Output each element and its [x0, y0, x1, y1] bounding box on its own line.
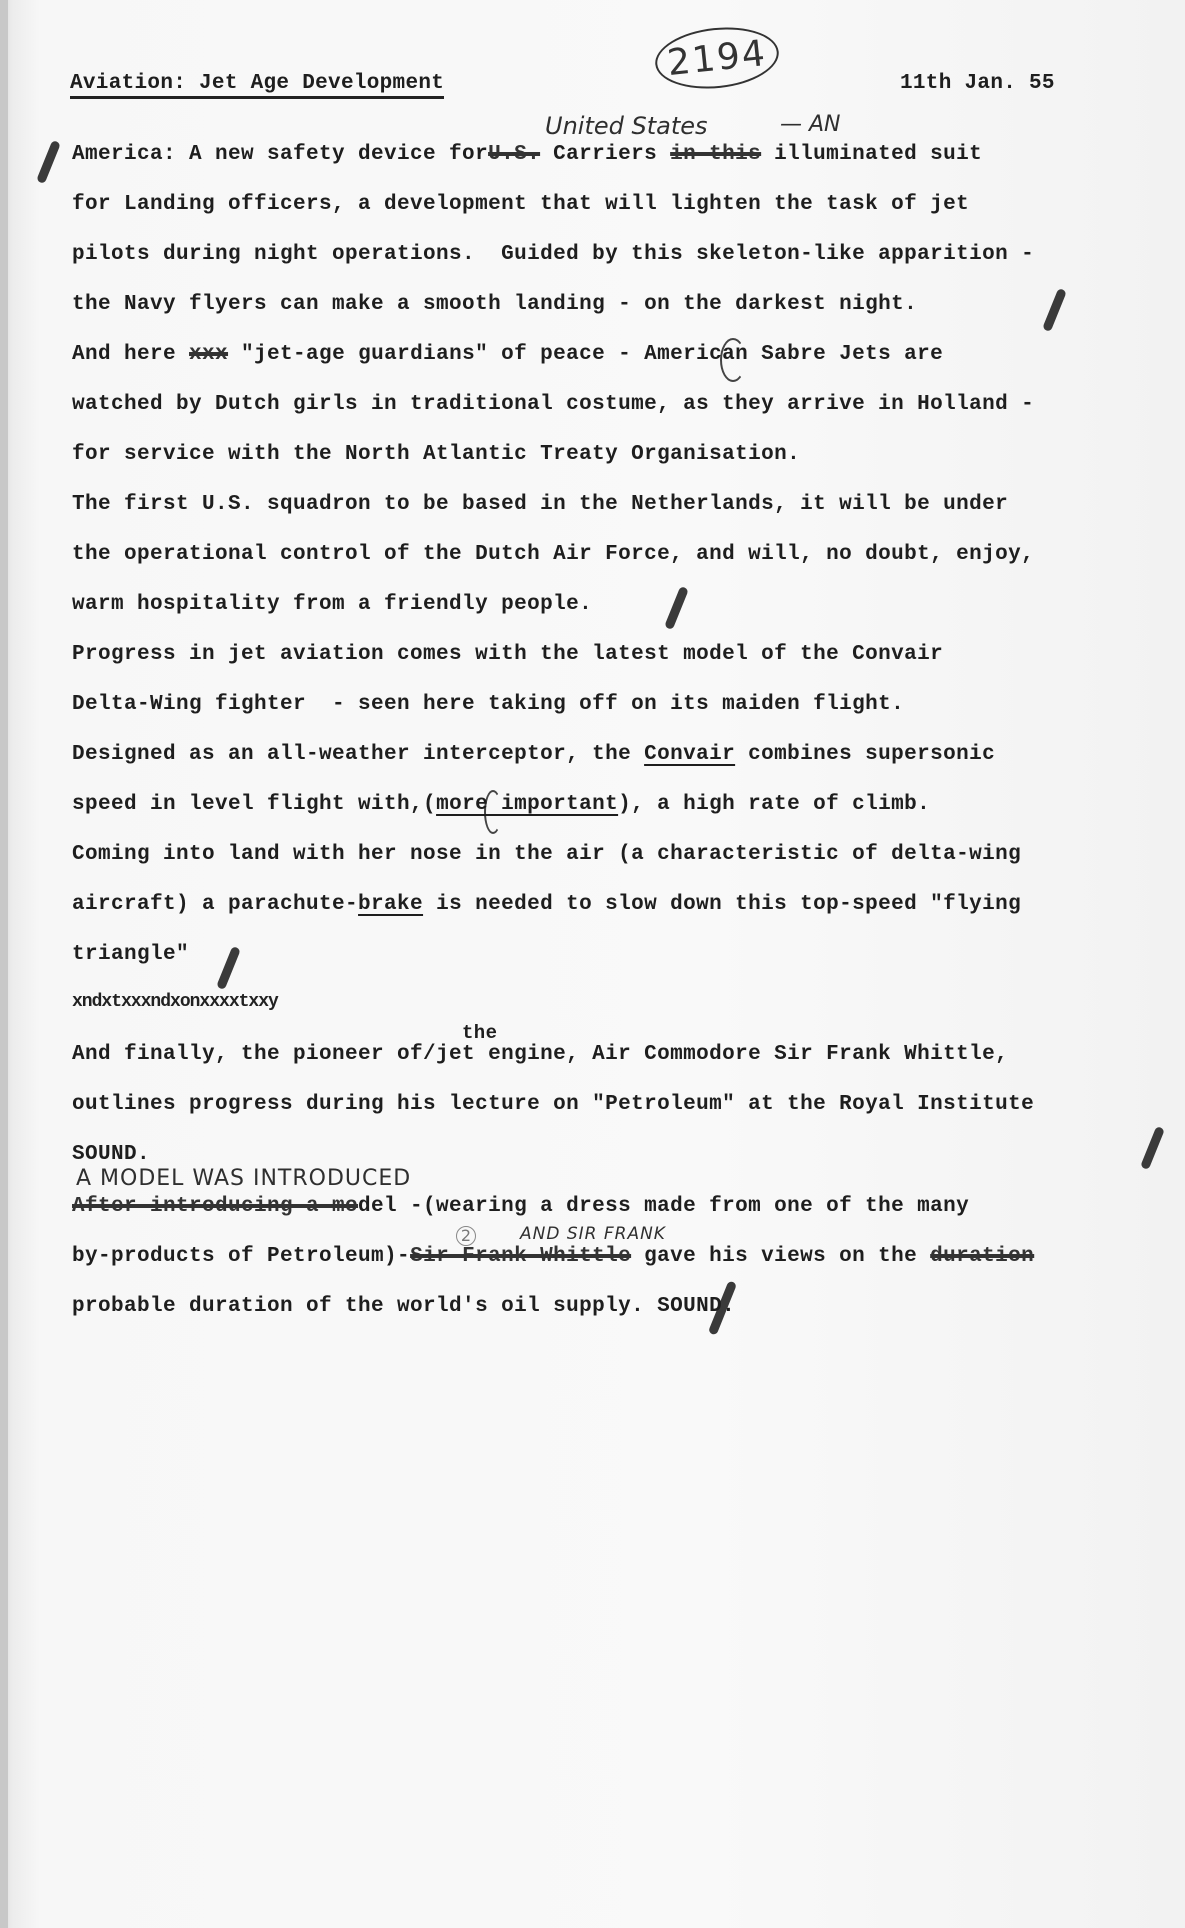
text-line: SOUND.	[72, 1140, 150, 1170]
edit-marker-slash	[664, 586, 689, 630]
handwritten-and-sir-frank: AND SIR FRANK	[520, 1224, 666, 1244]
edit-marker-slash	[1042, 288, 1067, 332]
text-line: for Landing officers, a development that…	[72, 190, 969, 220]
text-line: Designed as an all-weather interceptor, …	[72, 740, 995, 770]
struck-out-line: xndxtxxxndxonxxxxtxxy	[72, 992, 278, 1012]
text-line: After introducing a model -(wearing a dr…	[72, 1192, 969, 1222]
text-line: by-products of Petroleum)-Sir Frank Whit…	[72, 1242, 1034, 1272]
text-line: warm hospitality from a friendly people.	[72, 590, 592, 620]
handwritten-united-states: United States	[545, 112, 708, 140]
handwritten-an: — AN	[780, 112, 841, 137]
edit-marker-slash	[1140, 1126, 1165, 1170]
text-line: And here xxx "jet-age guardians" of peac…	[72, 340, 943, 370]
page-edge	[0, 0, 8, 1928]
text-line: Coming into land with her nose in the ai…	[72, 840, 1021, 870]
text-line: outlines progress during his lecture on …	[72, 1090, 1034, 1120]
document-title: Aviation: Jet Age Development	[70, 72, 444, 99]
circled-reference-number: 2194	[652, 22, 782, 95]
text-line: pilots during night operations. Guided b…	[72, 240, 1034, 270]
text-line: the Navy flyers can make a smooth landin…	[72, 290, 917, 320]
text-line: speed in level flight with,(more importa…	[72, 790, 930, 820]
edit-marker-slash	[36, 140, 61, 184]
text-line: Delta-Wing fighter - seen here taking of…	[72, 690, 904, 720]
text-line: probable duration of the world's oil sup…	[72, 1292, 735, 1322]
text-line: triangle"	[72, 940, 189, 970]
text-line: America: A new safety device forU.S. Car…	[72, 140, 982, 170]
text-line: the operational control of the Dutch Air…	[72, 540, 1034, 570]
text-line: for service with the North Atlantic Trea…	[72, 440, 800, 470]
text-line: watched by Dutch girls in traditional co…	[72, 390, 1034, 420]
edit-marker-slash	[216, 946, 241, 990]
text-line: Progress in jet aviation comes with the …	[72, 640, 943, 670]
text-line: aircraft) a parachute-brake is needed to…	[72, 890, 1021, 920]
document-date: 11th Jan. 55	[900, 72, 1055, 95]
text-line: The first U.S. squadron to be based in t…	[72, 490, 1008, 520]
text-line: And finally, the pioneer of/jet engine, …	[72, 1040, 1008, 1070]
document-page: 2194 Aviation: Jet Age Development 11th …	[0, 0, 1185, 1928]
